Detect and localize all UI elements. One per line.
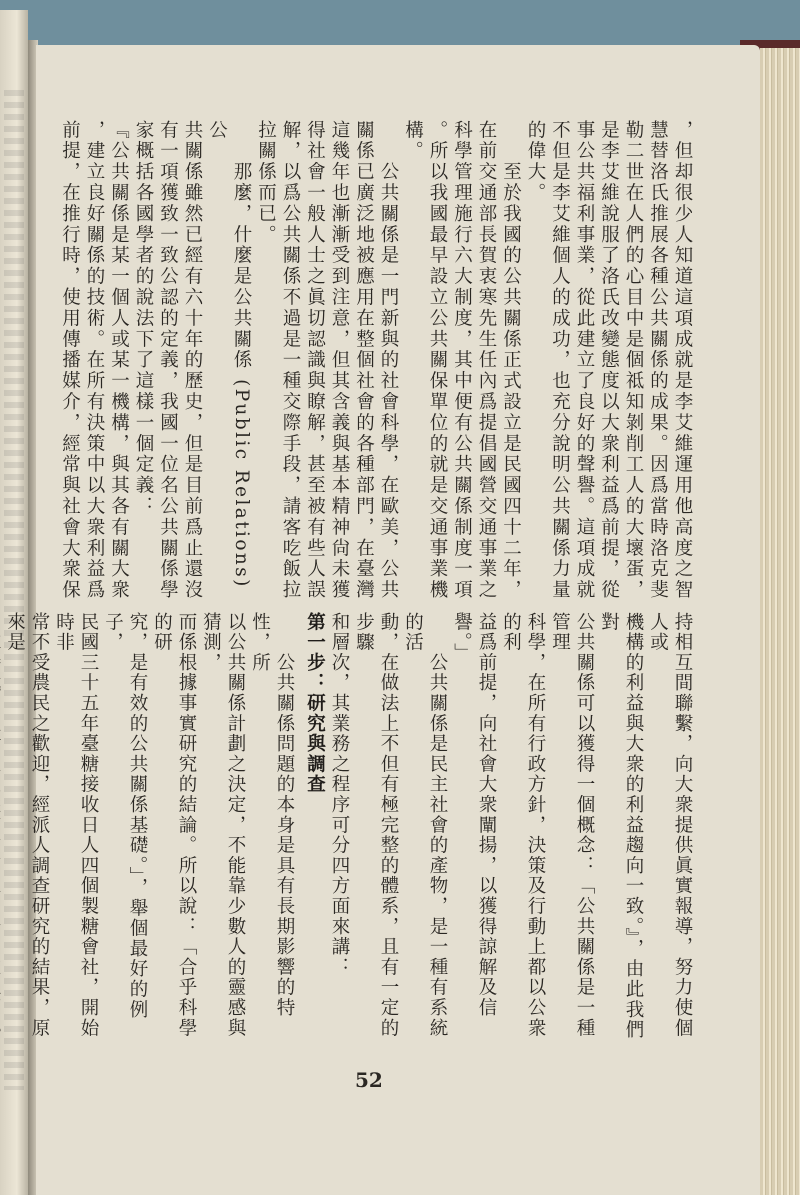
text-column: 究，是有效的公共關係基礎。」，舉個最好的例子，	[100, 612, 149, 1052]
page-stack-edges	[760, 48, 800, 1195]
text-column: 公共關係是一門新與的社會科學，在歐美，公共	[376, 120, 401, 615]
text-column: 動，在做法上不但有極完整的體系，且有一定的步驟	[351, 612, 400, 1052]
text-column: 和層次，其業務之程序可分四方面來講：	[327, 612, 352, 1052]
text-column: 民國三十五年臺糖接收日人四個製糖會社，開始時非	[51, 612, 100, 1052]
text-column: 公共關係是民主社會的產物，是一種有系統的活	[400, 612, 449, 1052]
text-column: 以公共關係計劃之決定，不能靠少數人的靈感與猜測，	[198, 612, 247, 1052]
text-column: 慧替洛氏推展各種公共關係的成果。因爲當時洛克斐	[645, 120, 670, 615]
page-number: 52	[355, 1068, 383, 1092]
text-column: 機構的利益與大衆的利益趨向一致。』，由此我們對	[596, 612, 645, 1052]
text-column: 前提，在推行時，使用傳播媒介，經常與社會大衆保	[57, 120, 82, 615]
text-column: 事公共福利事業，從此建立了良好的聲譽。這項成就	[572, 120, 597, 615]
text-column: 家概括各國學者的說法下了這樣一個定義：	[131, 120, 156, 615]
text-column: 關係已廣泛地被應用在整個社會的各種部門，在臺灣	[351, 120, 376, 615]
text-column: 在前交通部長賀衷寒先生任內爲提倡國營交通事業之	[474, 120, 499, 615]
text-column: 科學管理施行六大制度，其中便有公共關係制度一項	[449, 120, 474, 615]
lower-text-block: 持相互間聯繫，向大衆提供眞實報導，努力使個人或 機構的利益與大衆的利益趨向一致。…	[96, 612, 694, 1052]
text-column: 勒二世在人們的心目中是個祗知剝削工人的大壞蛋，	[621, 120, 646, 615]
text-column: 拉關係而已。	[253, 120, 278, 615]
section-heading-step-one: 第一步：研究與調查	[302, 612, 327, 1052]
text-column: 日據時代日人對農民壓搾的印象，仍留在他們心中，	[0, 612, 2, 1052]
background-surface	[0, 0, 800, 48]
text-column: 這幾年也漸漸受到注意，但其含義與基本精神尙未獲	[327, 120, 352, 615]
text-column: 有一項獲致一致公認的定義，我國一位名公共關係學	[155, 120, 180, 615]
text-column: 益爲前提，向社會大衆闡揚，以獲得諒解及信譽。」	[449, 612, 498, 1052]
text-column: 常不受農民之歡迎，經派人調查研究的結果，原來是	[2, 612, 51, 1052]
text-column: ，建立良好關係的技術。在所有決策中以大衆利益爲	[82, 120, 107, 615]
text-column: 解，以爲公共關係不過是一種交際手段，請客吃飯拉	[278, 120, 303, 615]
text-column: 。所以我國最早設立公共關保單位的就是交通事業機	[425, 120, 450, 615]
text-column: 『公共關係是某一個人或某一機構，與其各有關大衆	[106, 120, 131, 615]
text-column: 那麼，什麼是公共關係 (Public Relations) 公	[204, 120, 253, 615]
text-column: 的偉大。	[523, 120, 548, 615]
text-column: 是李艾維說服了洛氏改變態度以大衆利益爲前提，從	[596, 120, 621, 615]
text-column: 共關係雖然已經有六十年的歷史，但是目前爲止還沒	[180, 120, 205, 615]
text-column: 科學，在所有行政方針，決策及行動上都以公衆的利	[498, 612, 547, 1052]
text-column: 持相互間聯繫，向大衆提供眞實報導，努力使個人或	[645, 612, 694, 1052]
text-column: 公共關係可以獲得一個概念：「公共關係是一種管理	[547, 612, 596, 1052]
text-column: 構。	[400, 120, 425, 615]
upper-text-block: ，但却很少人知道這項成就是李艾維運用他高度之智 慧替洛氏推展各種公共關係的成果。…	[96, 120, 694, 615]
text-column: 不但是李艾維個人的成功，也充分說明公共關係力量	[547, 120, 572, 615]
text-column: 至於我國的公共關係正式設立是民國四十二年，	[498, 120, 523, 615]
text-column: ，但却很少人知道這項成就是李艾維運用他高度之智	[670, 120, 695, 615]
text-column: 得社會一般人士之眞切認識與瞭解，甚至被有些人誤	[302, 120, 327, 615]
text-column: 而係根據事實研究的結論。所以說：「合乎科學的研	[149, 612, 198, 1052]
text-column: 公共關係問題的本身是具有長期影響的特性，所	[247, 612, 296, 1052]
